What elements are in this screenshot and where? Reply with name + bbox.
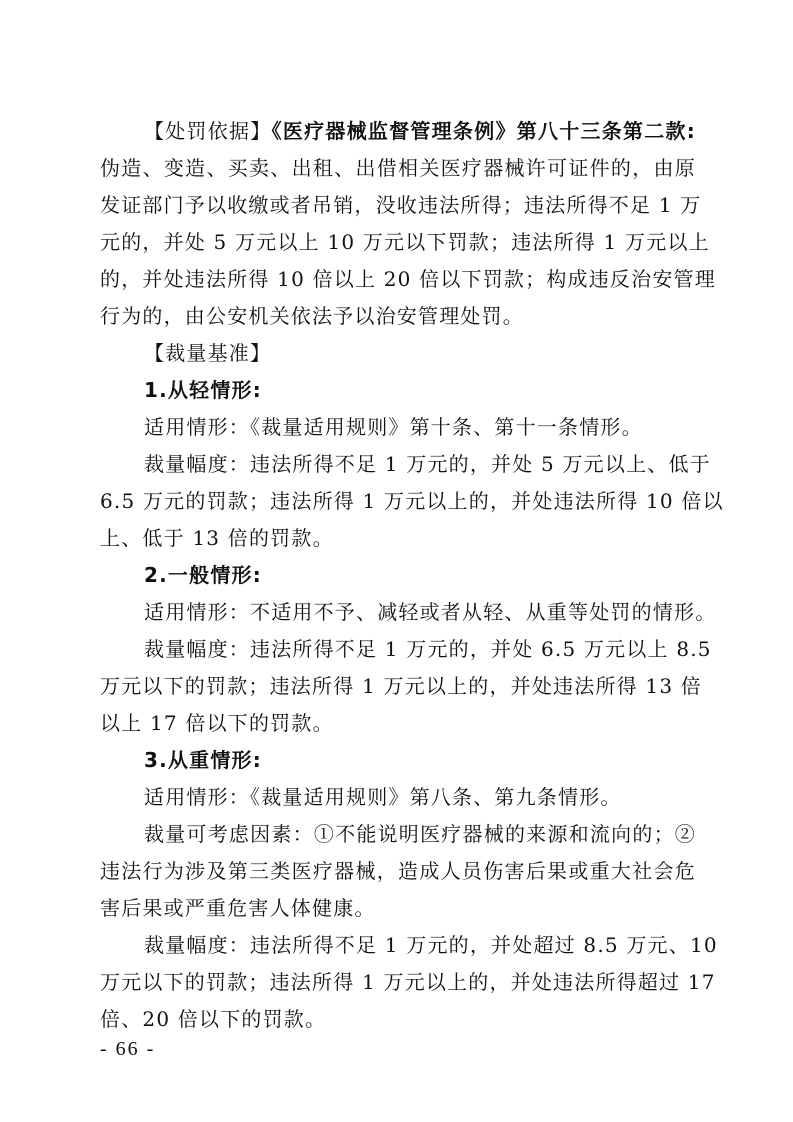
light-range-line: 上、低于 13 倍的罚款。	[100, 520, 696, 557]
heavy-applicable: 适用情形：《裁量适用规则》第八条、第九条情形。	[100, 779, 696, 816]
regulation-title: 《医疗器械监督管理条例》第八十三条第二款:	[272, 119, 696, 143]
light-range-line: 裁量幅度：违法所得不足 1 万元的，并处 5 万元以上、低于	[100, 446, 696, 483]
discretion-standard-label: 【裁量基准】	[100, 335, 696, 372]
heavy-factor-line: 裁量可考虑因素：①不能说明医疗器械的来源和流向的；②	[100, 816, 696, 853]
heavy-range-line: 裁量幅度：违法所得不足 1 万元的，并处超过 8.5 万元、10	[100, 927, 696, 964]
basis-line: 发证部门予以收缴或者吊销，没收违法所得；违法所得不足 1 万	[100, 187, 696, 224]
document-page: 【处罚依据】《医疗器械监督管理条例》第八十三条第二款: 伪造、变造、买卖、出租、…	[100, 113, 696, 1038]
penalty-basis-heading: 【处罚依据】《医疗器械监督管理条例》第八十三条第二款:	[100, 113, 696, 150]
light-case-heading: 1.从轻情形:	[100, 372, 696, 409]
basis-line: 元的，并处 5 万元以上 10 万元以下罚款；违法所得 1 万元以上	[100, 224, 696, 261]
general-range-line: 裁量幅度：违法所得不足 1 万元的，并处 6.5 万元以上 8.5	[100, 631, 696, 668]
heavy-factor-line: 害后果或严重危害人体健康。	[100, 890, 696, 927]
light-applicable: 适用情形：《裁量适用规则》第十条、第十一条情形。	[100, 409, 696, 446]
heavy-factor-line: 违法行为涉及第三类医疗器械，造成人员伤害后果或重大社会危	[100, 853, 696, 890]
heavy-range-line: 万元以下的罚款；违法所得 1 万元以上的，并处违法所得超过 17	[100, 964, 696, 1001]
basis-line: 行为的，由公安机关依法予以治安管理处罚。	[100, 298, 696, 335]
heavy-range-line: 倍、20 倍以下的罚款。	[100, 1001, 696, 1038]
page-number: - 66 -	[100, 1038, 155, 1061]
general-case-heading: 2.一般情形:	[100, 557, 696, 594]
heavy-case-heading: 3.从重情形:	[100, 742, 696, 779]
light-range-line: 6.5 万元的罚款；违法所得 1 万元以上的，并处违法所得 10 倍以	[100, 483, 696, 520]
basis-line: 的，并处违法所得 10 倍以上 20 倍以下罚款；构成违反治安管理	[100, 261, 696, 298]
general-applicable: 适用情形：不适用不予、减轻或者从轻、从重等处罚的情形。	[100, 594, 696, 631]
basis-line: 伪造、变造、买卖、出租、出借相关医疗器械许可证件的，由原	[100, 150, 696, 187]
general-range-line: 以上 17 倍以下的罚款。	[100, 705, 696, 742]
penalty-basis-label: 【处罚依据】	[144, 119, 272, 143]
general-range-line: 万元以下的罚款；违法所得 1 万元以上的，并处违法所得 13 倍	[100, 668, 696, 705]
